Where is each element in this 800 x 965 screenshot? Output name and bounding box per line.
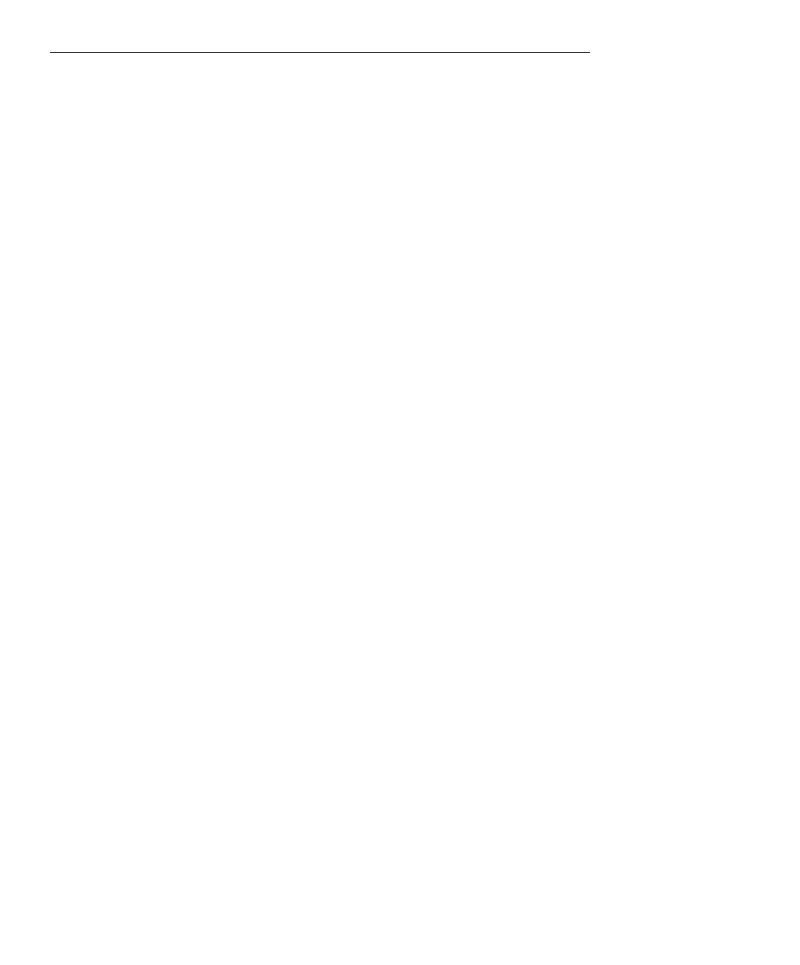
header-rule (50, 52, 590, 53)
